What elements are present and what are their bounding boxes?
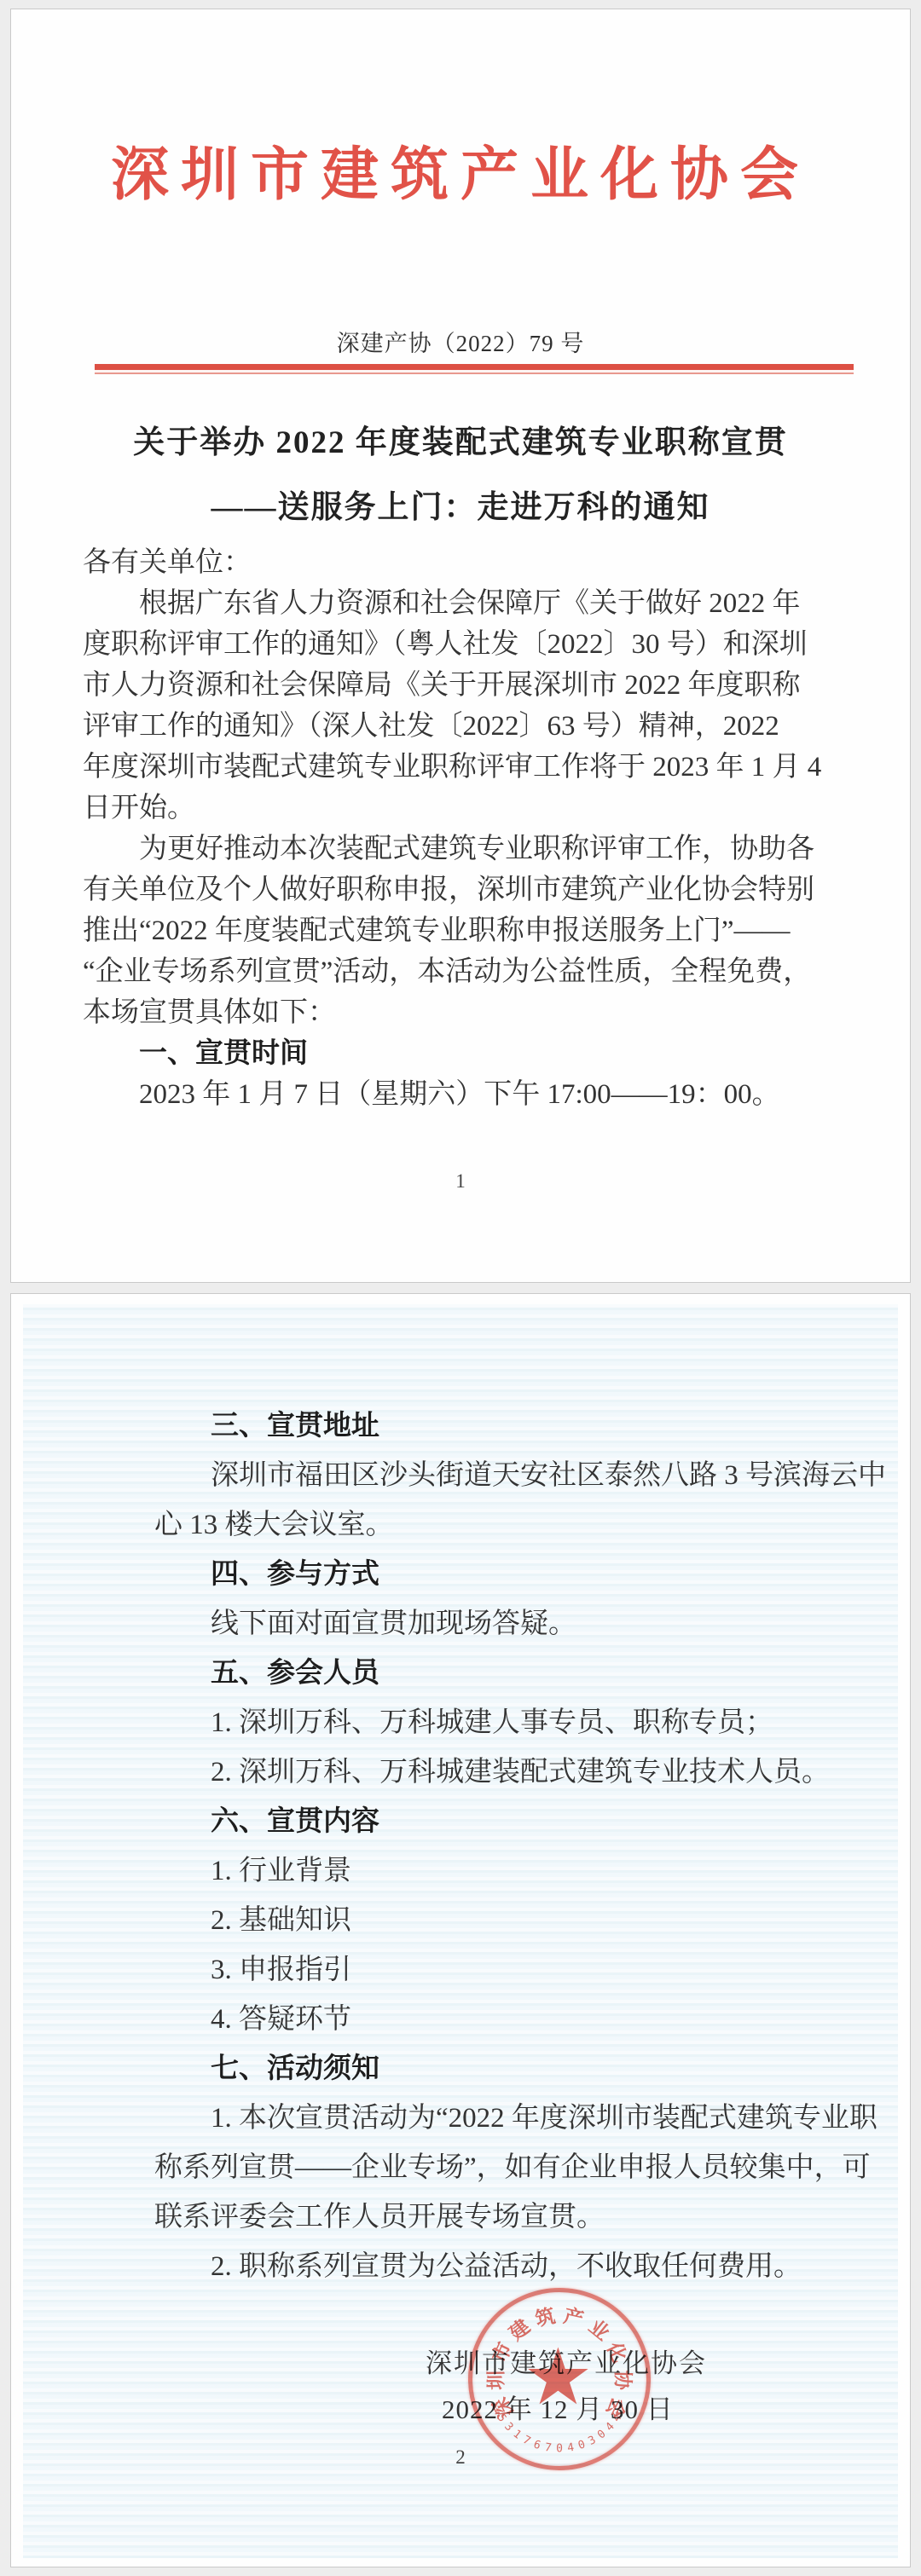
- body-line: 有关单位及个人做好职称申报，深圳市建筑产业化协会特别: [83, 869, 843, 910]
- seal-arc-char: 4: [611, 2411, 625, 2424]
- page-number: 1: [11, 1170, 910, 1193]
- body-line: 1. 本次宣贯活动为“2022 年度深圳市装配式建筑专业职: [154, 2094, 854, 2143]
- seal-arc-char: 3: [501, 2420, 515, 2434]
- document-number: 深建产协（2022）79 号: [11, 325, 910, 358]
- list-item: 2. 深圳万科、万科城建装配式建筑专业技术人员。: [154, 1747, 854, 1797]
- body-line: 日开始。: [83, 788, 843, 829]
- list-item: 3. 申报指引: [154, 1945, 854, 1995]
- body-line: 市人力资源和社会保障局《关于开展深圳市 2022 年度职称: [83, 665, 843, 706]
- body-line: 本场宣贯具体如下：: [83, 992, 843, 1033]
- page-number: 2: [11, 2446, 910, 2469]
- body-line: 线下面对面宣贯加现场答疑。: [154, 1599, 854, 1649]
- body-line: 为更好推动本次装配式建筑专业职称评审工作，协助各: [83, 829, 843, 869]
- section-heading-3: 三、宣贯地址: [154, 1401, 854, 1451]
- body-line: 根据广东省人力资源和社会保障厅《关于做好 2022 年: [83, 583, 843, 624]
- body-line: 心 13 楼大会议室。: [154, 1500, 854, 1550]
- section-heading-6: 六、宣贯内容: [154, 1797, 854, 1846]
- body-line: 年度深圳市装配式建筑专业职称评审工作将于 2023 年 1 月 4: [83, 747, 843, 788]
- section-heading-5: 五、参会人员: [154, 1649, 854, 1698]
- body-line: 2. 职称系列宣贯为公益活动，不收取任何费用。: [154, 2242, 854, 2291]
- body-line: 度职称评审工作的通知》（粤人社发〔2022〕30 号）和深圳: [83, 624, 843, 665]
- body-line: “企业专场系列宣贯”活动，本活动为公益性质，全程免费，: [83, 951, 843, 992]
- document-title-line-2: ——送服务上门：走进万科的通知: [11, 488, 910, 528]
- list-item: 2. 基础知识: [154, 1896, 854, 1945]
- section-heading-4: 四、参与方式: [154, 1550, 854, 1599]
- seal-arc-char: 5: [495, 2411, 509, 2424]
- body-line: 称系列宣贯——企业专场”，如有企业申报人员较集中，可: [154, 2143, 854, 2192]
- body-line: 深圳市福田区沙头街道天安社区泰然八路 3 号滨海云中: [154, 1451, 854, 1500]
- body-line: 评审工作的通知》（深人社发〔2022〕63 号）精神，2022: [83, 706, 843, 747]
- letterhead-red-rule: [95, 364, 854, 374]
- salutation-line: 各有关单位：: [83, 542, 843, 583]
- section-heading-1: 一、宣贯时间: [83, 1033, 843, 1074]
- body-line: 2023 年 1 月 7 日（星期六）下午 17:00——19：00。: [83, 1074, 843, 1115]
- list-item: 1. 行业背景: [154, 1846, 854, 1896]
- letterhead-org-title: 深圳市建筑产业化协会: [11, 142, 910, 207]
- document-title-line-1: 关于举办 2022 年度装配式建筑专业职称宣贯: [11, 424, 910, 463]
- body-line: 推出“2022 年度装配式建筑专业职称申报送服务上门”——: [83, 910, 843, 951]
- official-red-seal: 深圳市建筑产业化协会 ★ 4403040767135: [468, 2288, 651, 2470]
- body-line: 联系评委会工作人员开展专场宣贯。: [154, 2192, 854, 2242]
- seal-arc-char: 1: [511, 2428, 524, 2442]
- page-1-body: 各有关单位： 根据广东省人力资源和社会保障厅《关于做好 2022 年 度职称评审…: [83, 542, 843, 1115]
- list-item: 1. 深圳万科、万科城建人事专员、职称专员；: [154, 1698, 854, 1747]
- section-heading-7: 七、活动须知: [154, 2044, 854, 2094]
- document-scan-view: 深圳市建筑产业化协会 深建产协（2022）79 号 关于举办 2022 年度装配…: [0, 0, 921, 2576]
- page-1: 深圳市建筑产业化协会 深建产协（2022）79 号 关于举办 2022 年度装配…: [10, 9, 911, 1283]
- page-2-body: 三、宣贯地址 深圳市福田区沙头街道天安社区泰然八路 3 号滨海云中 心 13 楼…: [154, 1401, 854, 2291]
- list-item: 4. 答疑环节: [154, 1995, 854, 2044]
- seal-arc-char: 0: [595, 2428, 608, 2442]
- seal-number-arc: 4403040767135: [468, 2288, 651, 2470]
- page-2: 三、宣贯地址 深圳市福田区沙头街道天安社区泰然八路 3 号滨海云中 心 13 楼…: [10, 1293, 911, 2567]
- seal-arc-char: 4: [604, 2420, 617, 2434]
